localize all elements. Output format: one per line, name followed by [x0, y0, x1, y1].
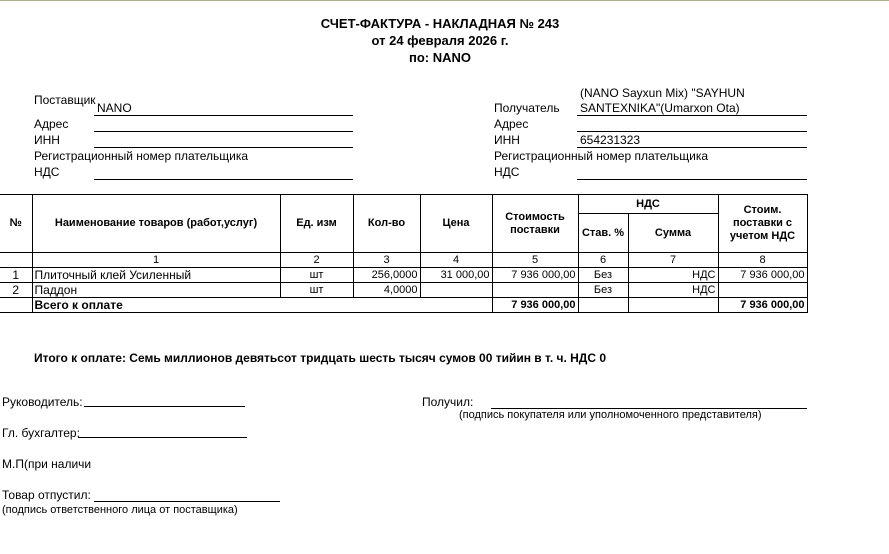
row-price [420, 283, 492, 298]
recipient-nds-underline [577, 179, 807, 180]
recipient-nds-label: НДС [494, 165, 519, 179]
col-number: 7 [628, 253, 718, 268]
accountant-signature-line [78, 437, 247, 438]
table-row: 1 Плиточный клей Усиленный шт 256,0000 3… [0, 268, 807, 283]
supplier-address-underline [94, 131, 353, 132]
recipient-inn-label: ИНН [494, 133, 520, 147]
supplier-nds-label: НДС [34, 165, 59, 179]
header-vat-rate: Став. % [578, 214, 628, 253]
director-label: Руководитель: [2, 395, 83, 409]
recipient-reg-label: Регистрационный номер плательщика [494, 149, 708, 163]
accountant-label: Гл. бухгалтер: [2, 426, 80, 440]
recipient-underline [577, 115, 807, 116]
table-row: 2 Паддон шт 4,0000 Без НДС [0, 283, 807, 298]
row-vat-rate: Без [578, 283, 628, 298]
row-total-with-vat [718, 283, 807, 298]
document-date: от 24 февраля 2026 г. [280, 33, 600, 48]
total-with-vat: 7 936 000,00 [718, 298, 807, 313]
supplier-nds-underline [94, 179, 353, 180]
header-unit: Ед. изм [280, 195, 353, 253]
row-total-with-vat: 7 936 000,00 [718, 268, 807, 283]
row-qty: 4,0000 [353, 283, 420, 298]
supplier-underline [94, 115, 353, 116]
supplier-inn-label: ИНН [34, 133, 60, 147]
released-signature-line [94, 501, 280, 502]
col-number: 6 [578, 253, 628, 268]
recipient-label: Получатель [494, 101, 560, 115]
table-header-row-1: № Наименование товаров (работ,услуг) Ед.… [0, 195, 807, 214]
released-label: Товар отпустил: [2, 488, 91, 502]
recipient-value-line1: (NANO Sayxun Mix) "SAYHUN [580, 86, 745, 100]
document-by: по: NANO [280, 50, 600, 65]
row-unit: шт [280, 283, 353, 298]
col-number: 3 [353, 253, 420, 268]
header-name: Наименование товаров (работ,услуг) [32, 195, 280, 253]
supplier-address-label: Адрес [34, 117, 68, 131]
row-name: Плиточный клей Усиленный [32, 268, 280, 283]
header-cost: Стоимость поставки [492, 195, 578, 253]
row-cost [492, 283, 578, 298]
row-price: 31 000,00 [420, 268, 492, 283]
stamp-label: М.П(при наличи [2, 457, 91, 471]
supplier-reg-label: Регистрационный номер плательщика [34, 149, 248, 163]
table-column-numbers-row: 1 2 3 4 5 6 7 8 [0, 253, 807, 268]
col-number-blank [0, 253, 32, 268]
recipient-inn-underline [577, 147, 807, 148]
recipient-address-underline [577, 131, 807, 132]
total-in-words: Итого к оплате: Семь миллионов девятьсот… [34, 351, 606, 365]
header-vat-group: НДС [578, 195, 718, 214]
header-vat-sum: Сумма [628, 214, 718, 253]
header-price: Цена [420, 195, 492, 253]
total-vat-rate [578, 298, 628, 313]
col-number: 5 [492, 253, 578, 268]
sheet-top-edge [0, 0, 889, 1]
received-note: (подпись покупателя или уполномоченного … [459, 409, 762, 421]
row-name: Паддон [32, 283, 280, 298]
supplier-inn-underline [94, 147, 353, 148]
col-number: 4 [420, 253, 492, 268]
total-label: Всего к оплате [32, 298, 492, 313]
col-number: 2 [280, 253, 353, 268]
supplier-label: Поставщик [34, 93, 96, 107]
recipient-inn-value: 654231323 [580, 133, 640, 147]
total-blank [0, 298, 32, 313]
document-title: СЧЕТ-ФАКТУРА - НАКЛАДНАЯ № 243 [280, 16, 600, 31]
received-label: Получил: [422, 395, 473, 409]
recipient-value-line2: SANTEXNIKA"(Umarxon Ota) [580, 101, 740, 115]
supplier-value: NANO [97, 101, 132, 115]
director-signature-line [84, 406, 245, 407]
row-qty: 256,0000 [353, 268, 420, 283]
row-vat-sum: НДС [628, 268, 718, 283]
header-num: № [0, 195, 32, 253]
header-qty: Кол-во [353, 195, 420, 253]
invoice-table: № Наименование товаров (работ,услуг) Ед.… [0, 194, 808, 313]
released-note: (подпись ответственного лица от поставщи… [2, 504, 238, 516]
col-number: 8 [718, 253, 807, 268]
recipient-address-label: Адрес [494, 117, 528, 131]
row-num: 2 [0, 283, 32, 298]
row-num: 1 [0, 268, 32, 283]
row-vat-rate: Без [578, 268, 628, 283]
row-unit: шт [280, 268, 353, 283]
header-total-with-vat: Стоим. поставки с учетом НДС [718, 195, 807, 253]
col-number: 1 [32, 253, 280, 268]
total-cost: 7 936 000,00 [492, 298, 578, 313]
total-vat-sum [628, 298, 718, 313]
table-total-row: Всего к оплате 7 936 000,00 7 936 000,00 [0, 298, 807, 313]
row-vat-sum: НДС [628, 283, 718, 298]
row-cost: 7 936 000,00 [492, 268, 578, 283]
